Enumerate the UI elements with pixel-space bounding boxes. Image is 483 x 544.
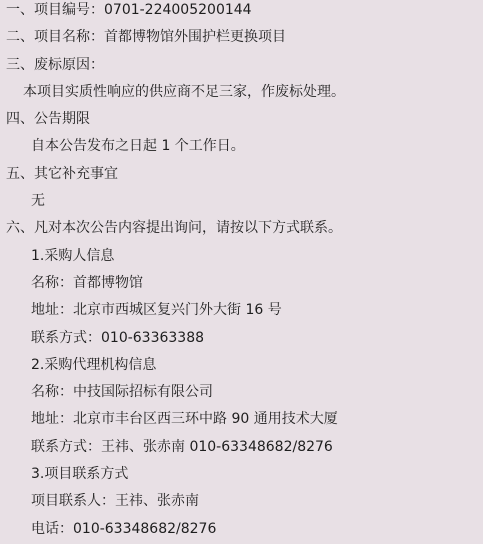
agency-name: 名称：中技国际招标有限公司 bbox=[6, 379, 477, 406]
purchaser-contact: 联系方式：010-63363388 bbox=[6, 325, 477, 352]
item-inquiry-heading: 六、凡对本次公告内容提出询问，请按以下方式联系。 bbox=[6, 215, 477, 242]
supplementary-text: 无 bbox=[6, 188, 477, 215]
announcement-period-text: 自本公告发布之日起 1 个工作日。 bbox=[6, 133, 477, 160]
project-contact-phone: 电话：010-63348682/8276 bbox=[6, 516, 477, 543]
announcement-document: 一、项目编号：0701-224005200144 二、项目名称：首都博物馆外围护… bbox=[0, 0, 483, 543]
item-project-name: 二、项目名称：首都博物馆外围护栏更换项目 bbox=[6, 24, 477, 51]
purchaser-name: 名称：首都博物馆 bbox=[6, 270, 477, 297]
agency-section-heading: 2.采购代理机构信息 bbox=[6, 352, 477, 379]
item-cancellation-reason-heading: 三、废标原因： bbox=[6, 52, 477, 79]
cancellation-reason-text: 本项目实质性响应的供应商不足三家，作废标处理。 bbox=[6, 79, 477, 106]
item-announcement-period-heading: 四、公告期限 bbox=[6, 106, 477, 133]
item-project-number: 一、项目编号：0701-224005200144 bbox=[6, 0, 477, 24]
purchaser-section-heading: 1.采购人信息 bbox=[6, 243, 477, 270]
project-contact-section-heading: 3.项目联系方式 bbox=[6, 461, 477, 488]
agency-address: 地址：北京市丰台区西三环中路 90 通用技术大厦 bbox=[6, 406, 477, 433]
item-supplementary-heading: 五、其它补充事宜 bbox=[6, 161, 477, 188]
project-contact-person: 项目联系人：王祎、张赤南 bbox=[6, 488, 477, 515]
agency-contact: 联系方式：王祎、张赤南 010-63348682/8276 bbox=[6, 434, 477, 461]
purchaser-address: 地址：北京市西城区复兴门外大街 16 号 bbox=[6, 297, 477, 324]
